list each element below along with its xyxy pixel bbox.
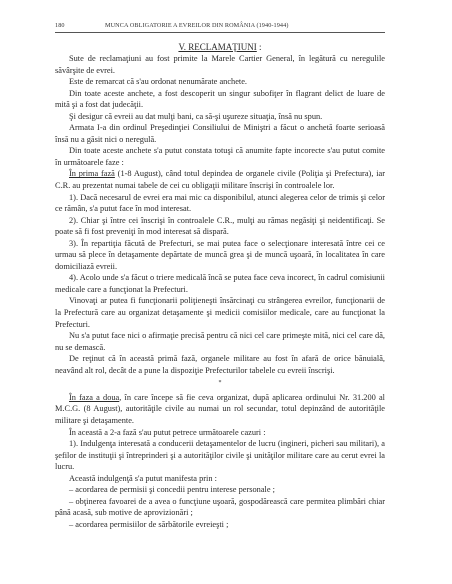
paragraph: Din toate aceste anchete, a fost descope… bbox=[55, 88, 385, 111]
phase1-item: Vinovaţi ar putea fi funcţionarii poliţi… bbox=[55, 295, 385, 330]
phase2-paragraph: În faza a doua, în care începe să fie ce… bbox=[55, 392, 385, 427]
section-title-text: V. RECLAMAŢIUNI bbox=[178, 42, 256, 52]
phase1-label: În prima fază bbox=[69, 169, 115, 178]
paragraph: Şi desigur că evreii au dat mulţi bani, … bbox=[55, 111, 385, 123]
phase2-label: În faza a doua bbox=[69, 393, 119, 402]
phase1-item: 2). Chiar şi între cei înscrişi în contr… bbox=[55, 215, 385, 238]
phase1-item: 3). În repartiţia făcută de Prefecturi, … bbox=[55, 238, 385, 273]
book-title: MUNCA OBLIGATORIE A EVREILOR DIN ROMÂNIA… bbox=[95, 22, 385, 29]
phase1-item: De reţinut că în această primă fază, org… bbox=[55, 353, 385, 376]
phase2-item: 1). Indulgenţa interesată a conducerii d… bbox=[55, 438, 385, 473]
phase2-item: În această a 2-a fază s'au putut petrece… bbox=[55, 427, 385, 439]
page-number: 180 bbox=[55, 22, 95, 29]
paragraph: Armata I-a din ordinul Preşedinţiei Cons… bbox=[55, 122, 385, 145]
phase1-item: 4). Acolo unde s'a făcut o triere medica… bbox=[55, 272, 385, 295]
paragraph: Sute de reclamaţiuni au fost primite la … bbox=[55, 53, 385, 76]
paragraph: Este de remarcat că s'au ordonat nenumăr… bbox=[55, 76, 385, 88]
phase2-dash-item: – obţinerea favoarei de a avea o funcţiu… bbox=[55, 496, 385, 519]
running-header: 180 MUNCA OBLIGATORIE A EVREILOR DIN ROM… bbox=[55, 22, 385, 33]
paragraph: Din toate aceste anchete s'a putut const… bbox=[55, 145, 385, 168]
section-title: V. RECLAMAŢIUNI : bbox=[55, 42, 385, 53]
document-page: 180 MUNCA OBLIGATORIE A EVREILOR DIN ROM… bbox=[55, 22, 385, 530]
phase1-item: Nu s'a putut face nici o afirmaţie preci… bbox=[55, 330, 385, 353]
phase2-dash-item: – acordarea permisiilor de sărbătorile e… bbox=[55, 519, 385, 531]
phase2-item: Această indulgenţă s'a putut manifesta p… bbox=[55, 473, 385, 485]
phase1-paragraph: În prima fază (1-8 August), când totul d… bbox=[55, 168, 385, 191]
body-text: Sute de reclamaţiuni au fost primite la … bbox=[55, 53, 385, 530]
section-title-colon: : bbox=[257, 42, 262, 52]
phase1-item: 1). Dacă necesarul de evrei era mai mic … bbox=[55, 192, 385, 215]
phase2-dash-item: – acordarea de permisii şi concedii pent… bbox=[55, 484, 385, 496]
section-separator: * bbox=[55, 378, 385, 390]
